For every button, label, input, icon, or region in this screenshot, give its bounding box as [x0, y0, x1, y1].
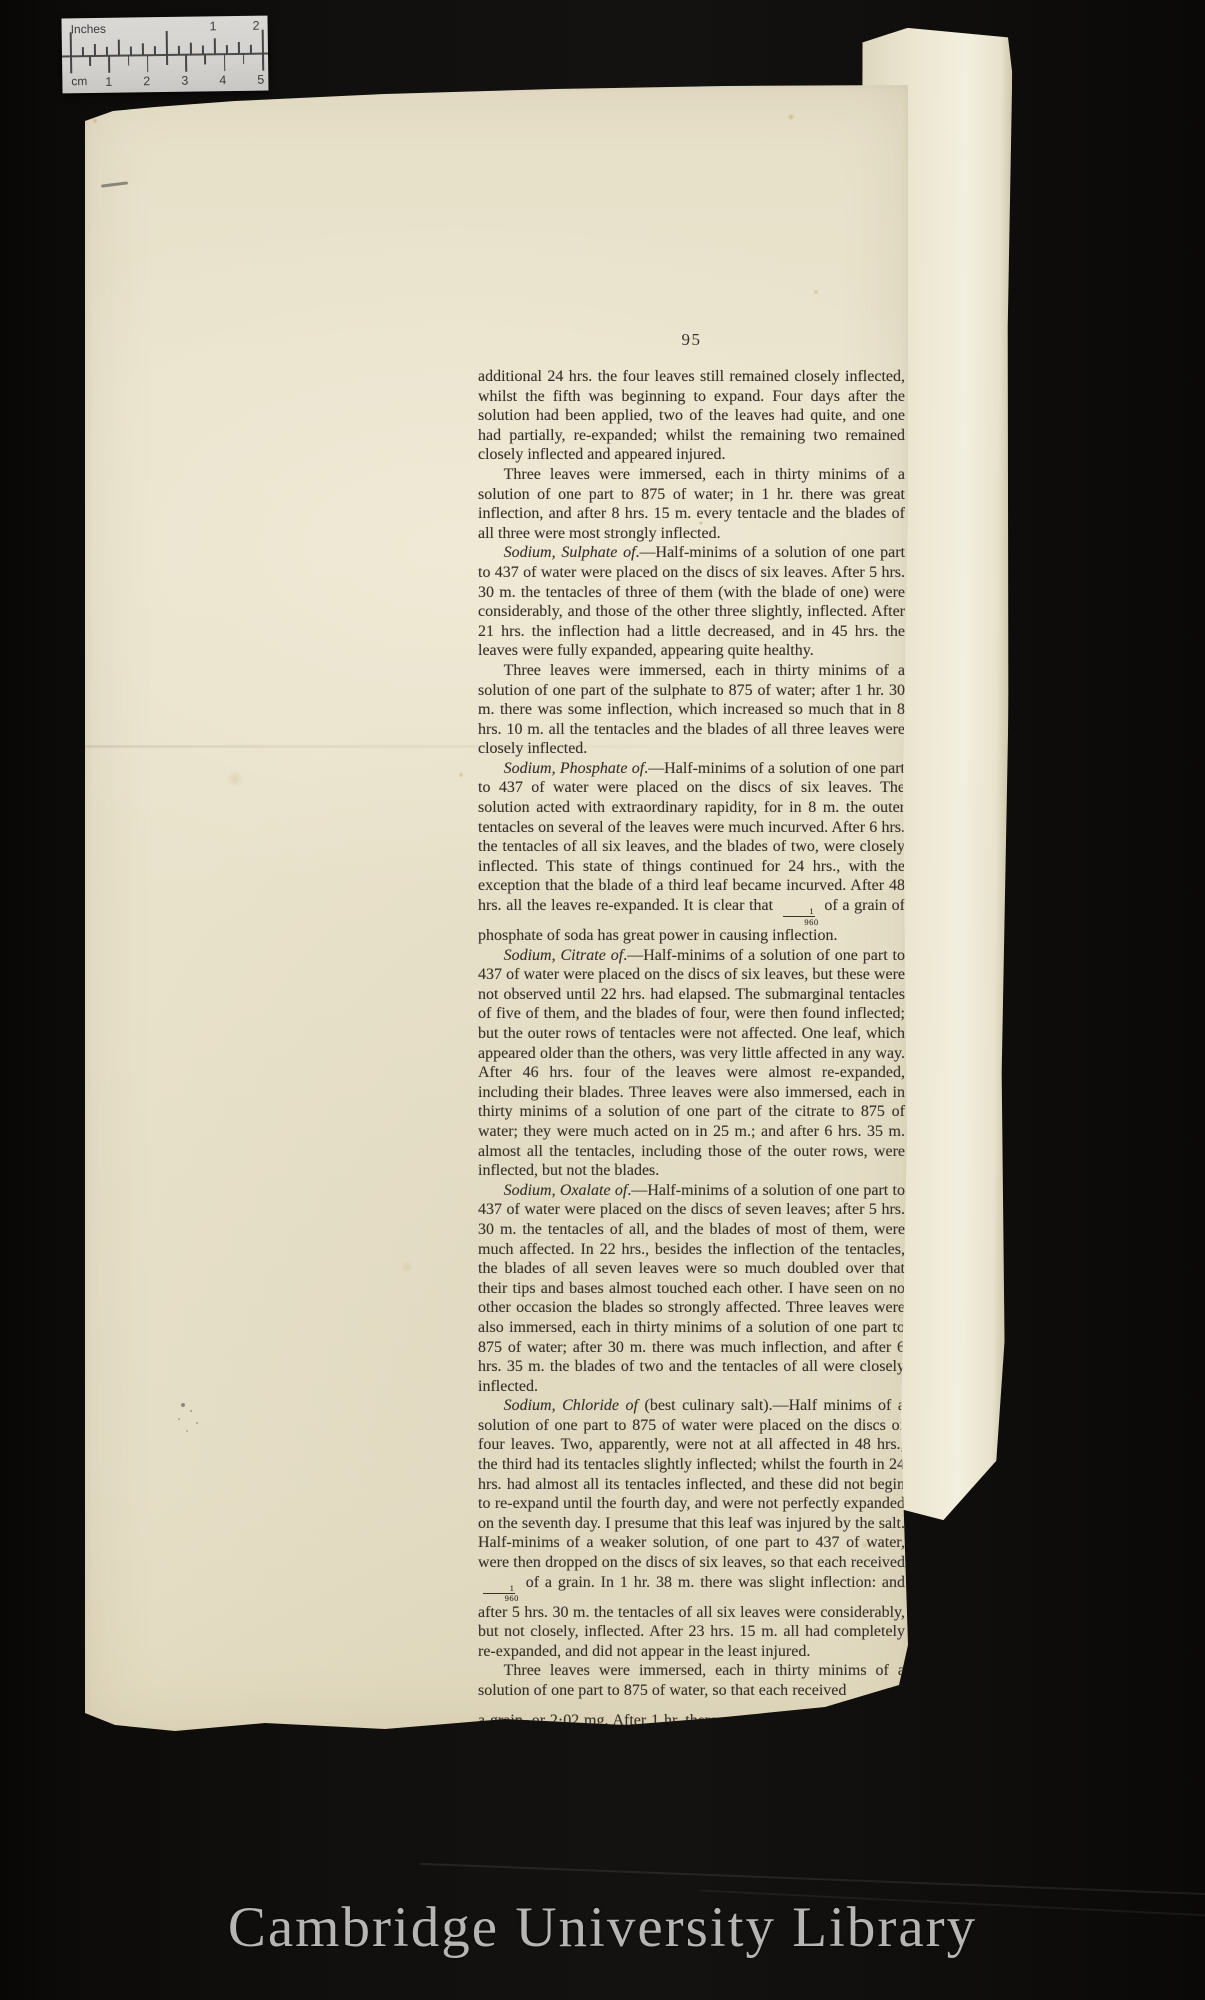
ruler-cm-number: 3	[181, 74, 188, 88]
text-column: 95 additional 24 hrs. the four leaves st…	[478, 330, 905, 1917]
ruler-cm-label: cm	[71, 74, 87, 88]
ruler-cm-number: 5	[257, 73, 264, 87]
ruler-cm-number: 4	[219, 73, 226, 87]
margin-pen-mark	[101, 181, 128, 187]
photograph-background: 95 additional 24 hrs. the four leaves st…	[0, 0, 1205, 2000]
fraction: 1960	[779, 907, 819, 926]
ruler-inch-number: 1	[210, 19, 217, 33]
library-watermark: Cambridge University Library	[0, 1895, 1205, 1960]
paragraph: Sodium, Chloride of (best culinary salt)…	[478, 1396, 905, 1661]
text-block: additional 24 hrs. the four leaves still…	[478, 367, 905, 1917]
film-scratch	[420, 1863, 1205, 1895]
paragraph: Sodium, Oxalate of.—Half-minims of a sol…	[478, 1181, 905, 1397]
paragraph: additional 24 hrs. the four leaves still…	[478, 367, 905, 465]
paragraph: Three leaves were immersed, each in thir…	[478, 661, 905, 759]
ruler-inches-label: Inches	[71, 22, 107, 36]
paragraph: Sodium, Phosphate of.—Half-minims of a s…	[478, 759, 905, 946]
page-number: 95	[478, 330, 905, 350]
paragraph: Three leaves were immersed, each in thir…	[478, 1661, 905, 1878]
ruler-inch-ticks	[61, 16, 267, 19]
paragraph: Three leaves were immersed, each in thir…	[478, 465, 905, 543]
ruler-cm-number: 2	[143, 74, 150, 88]
paragraph: Sodium, Citrate of.—Half-minims of a sol…	[478, 946, 905, 1181]
ruler-inch-number: 2	[253, 19, 260, 33]
fraction: 1960	[479, 1584, 519, 1603]
ruler-cm-number: 1	[105, 75, 112, 89]
fraction: 132	[479, 1820, 514, 1839]
book-page: 95 additional 24 hrs. the four leaves st…	[85, 85, 908, 1735]
paragraph: Sodium, Sulphate of.—Half-minims of a so…	[478, 543, 905, 661]
scale-ruler-card: Inches cm 1 2 1 2 3 4 5	[61, 16, 268, 94]
ink-smudge	[181, 1403, 185, 1407]
ruler-cm-ticks	[61, 16, 267, 19]
fraction: 132	[851, 1692, 886, 1711]
